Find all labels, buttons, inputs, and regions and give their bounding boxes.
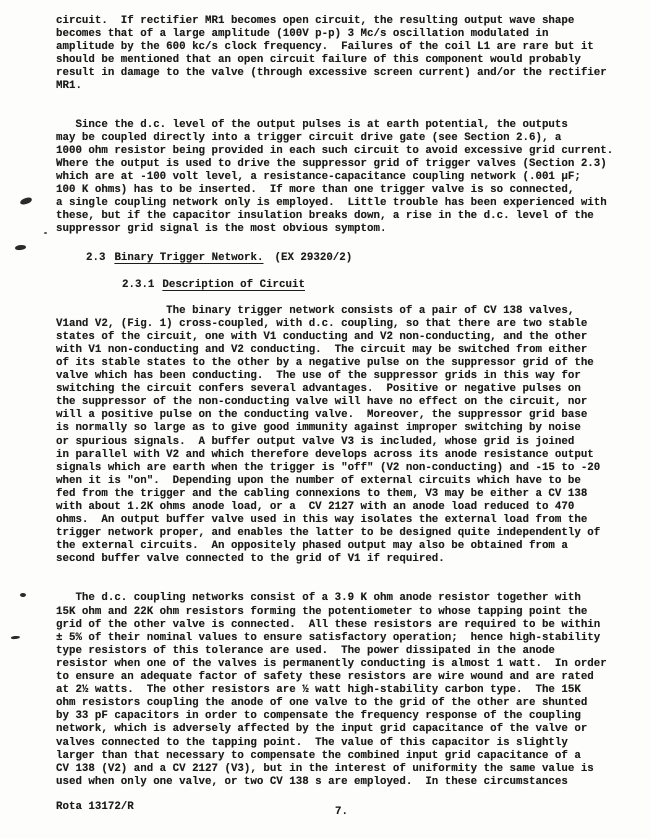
section-title: Binary Trigger Network. [114,252,263,264]
section-number: 2.3 [86,252,105,264]
ink-speck [20,593,26,597]
paragraph-circuit-description: The binary trigger network consists of a… [0,305,650,567]
section-heading-2-3: 2.3Binary Trigger Network.(EX 29320/2) [0,252,650,265]
subsection-heading-2-3-1: 2.3.1Description of Circuit [0,279,650,292]
document-page: circuit. If rectifier MR1 becomes open c… [0,0,650,839]
ink-speck [44,232,47,234]
page-footer: Rota 13172/R 7. [0,801,650,814]
ink-speck [15,244,27,251]
page-number: 7. [335,806,348,819]
section-reference: (EX 29320/2) [274,252,352,264]
paragraph-coupling-networks: The d.c. coupling networks consist of a … [0,592,650,788]
subsection-number: 2.3.1 [122,279,154,291]
paragraph-output-coupling: Since the d.c. level of the output pulse… [0,119,650,237]
subsection-title: Description of Circuit [162,279,305,291]
paragraph-rectifier-failure: circuit. If rectifier MR1 becomes open c… [0,15,650,94]
footer-reference: Rota 13172/R [56,801,134,813]
